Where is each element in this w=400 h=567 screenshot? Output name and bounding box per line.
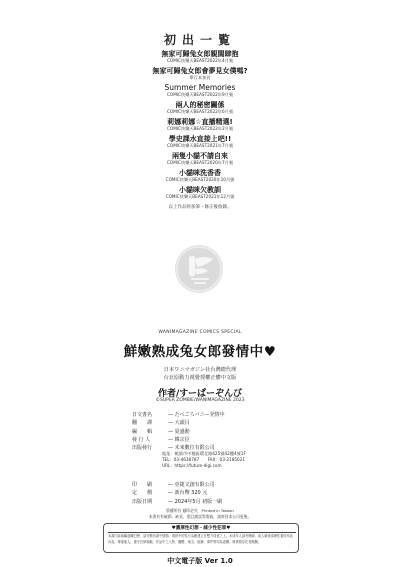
list-item: 小貓咪洗香香 COMIC快樂天BEAST2020年10月號 (0, 169, 400, 183)
print-info-list: 印 刷— 亞捷文創有限公司 定 價— 新台幣 320 元 出版日期— 2024年… (132, 481, 222, 506)
credit-value: 新台幣 320 元 (175, 490, 208, 496)
publication-title: 小貓咪欠教訓 (0, 186, 400, 194)
warning-text: 本書內容純屬虛構幻想，請勿模仿書中情節。現實中的性行為應建立在雙方同意之上。未成… (108, 534, 296, 552)
heart-icon: ♥ (264, 344, 277, 360)
credit-label: 定 價 (132, 489, 168, 497)
license-line: 台北原動力視覺授權正體中文版 (0, 374, 400, 381)
credit-label: 日文書名 (132, 411, 168, 419)
colophon-page: 初出一覧 無家可歸兔女郎親閨肆抱 COMIC快樂天BEAST2022年4月號 無… (0, 0, 400, 567)
publication-title: 無家可歸兔女郎會夢見女僕嗎? (0, 67, 400, 75)
publication-title: 兩人的秘密關係 (0, 101, 400, 109)
credit-value: たべごろバニー発情中 (175, 412, 225, 418)
credit-label: 印 刷 (132, 481, 168, 489)
book-title: 鮮嫩熟成兔女郎發情中♥ (0, 340, 400, 360)
copyright: ©SUPER ZOMBIE/WANIMAGAZINE 2023 (0, 398, 400, 403)
credit-row: 出版日期— 2024年5月 初版一刷 (132, 498, 222, 506)
credit-value: 大頭目 (175, 420, 190, 426)
credit-row: 發 行 人— 韓宗臣 (132, 436, 225, 444)
url-line: URL：https://future-digi.com (162, 463, 246, 469)
list-item: 無家可歸兔女郎親閨肆抱 COMIC快樂天BEAST2022年4月號 (0, 50, 400, 64)
credit-value: 韓宗臣 (175, 437, 190, 443)
credit-value: 2024年5月 初版一刷 (175, 499, 223, 505)
credit-label: 編 輯 (132, 428, 168, 436)
list-item: 莉娜莉娜☆直播精選! COMIC快樂天BEAST2022年2月號 (0, 118, 400, 132)
credit-label: 出版日期 (132, 498, 168, 506)
credit-label: 發 行 人 (132, 436, 168, 444)
publication-source: COMIC快樂天BEAST2021年7月號 (0, 143, 400, 149)
list-item: 兩隻小貓不請自來 COMIC快樂天BEAST2020年7月號 (0, 152, 400, 166)
publication-title: Summer Memories (0, 84, 400, 92)
publication-source: COMIC快樂天BEAST2020年10月號 (0, 177, 400, 183)
agency-line: 日本ワニマガジン社台灣總代理 (0, 366, 400, 373)
credit-label: 翻 譯 (132, 419, 168, 427)
damage-notice: 本書若有破損、缺頁、裝訂錯誤等瑕疵，請寄回本公司更換。 (0, 514, 400, 520)
publication-title: 無家可歸兔女郎親閨肆抱 (0, 50, 400, 58)
list-item: Summer Memories COMIC快樂天BEAST2022年9月號 (0, 84, 400, 98)
publication-title: 學史課水直接上吧!! (0, 135, 400, 143)
publication-list: 無家可歸兔女郎親閨肆抱 COMIC快樂天BEAST2022年4月號 無家可歸兔女… (0, 50, 400, 210)
publication-title: 兩隻小貓不請自來 (0, 152, 400, 160)
credit-row: 定 價— 新台幣 320 元 (132, 489, 222, 497)
credit-value: 夏盛勳 (175, 429, 190, 435)
publication-source: 單行本加頁 (0, 75, 400, 81)
credit-row: 印 刷— 亞捷文創有限公司 (132, 481, 222, 489)
list-item: 小貓咪欠教訓 COMIC快樂天BEAST2021年12月號 (0, 186, 400, 200)
section-title: 初出一覧 (0, 31, 400, 48)
publication-source: COMIC快樂天BEAST2022年2月號 (0, 126, 400, 132)
publication-source: COMIC快樂天BEAST2022年6月號 (0, 109, 400, 115)
publication-source: COMIC快樂天BEAST2020年7月號 (0, 160, 400, 166)
credit-row: 編 輯— 夏盛勳 (132, 428, 225, 436)
revision-note: 以上作品經加筆・修正後收錄。 (0, 204, 400, 210)
warning-heading: ♥濃厚性幻想・減少性犯罪♥ (104, 525, 298, 531)
publication-source: COMIC快樂天BEAST2022年4月號 (0, 58, 400, 64)
list-item: 學史課水直接上吧!! COMIC快樂天BEAST2021年7月號 (0, 135, 400, 149)
divider (108, 532, 296, 533)
publication-source: COMIC快樂天BEAST2021年12月號 (0, 194, 400, 200)
list-item: 兩人的秘密關係 COMIC快樂天BEAST2022年6月號 (0, 101, 400, 115)
publisher-contact: 地址：桃園市中壢區環北路425號42樓4號1F TEL：03-4638787 F… (162, 451, 246, 469)
book-title-text: 鮮嫩熟成兔女郎發情中 (124, 344, 264, 360)
publisher-logo-icon (175, 245, 223, 293)
credits-list: 日文書名— たべごろバニー発情中 翻 譯— 大頭目 編 輯— 夏盛勳 發 行 人… (132, 411, 225, 452)
series-label: WANIMAGAZINE COMICS SPECIAL (0, 330, 400, 335)
publication-title: 莉娜莉娜☆直播精選! (0, 118, 400, 126)
warning-box: ♥濃厚性幻想・減少性犯罪♥ 本書內容純屬虛構幻想，請勿模仿書中情節。現實中的性行… (103, 523, 299, 553)
credit-row: 翻 譯— 大頭目 (132, 419, 225, 427)
publication-title: 小貓咪洗香香 (0, 169, 400, 177)
credit-row: 日文書名— たべごろバニー発情中 (132, 411, 225, 419)
edition-version: 中文電子版 Ver 1.0 (0, 556, 400, 566)
credit-value: 亞捷文創有限公司 (175, 482, 215, 488)
list-item: 無家可歸兔女郎會夢見女僕嗎? 單行本加頁 (0, 67, 400, 81)
publication-source: COMIC快樂天BEAST2022年9月號 (0, 92, 400, 98)
publisher-logo-graphic (175, 245, 223, 293)
